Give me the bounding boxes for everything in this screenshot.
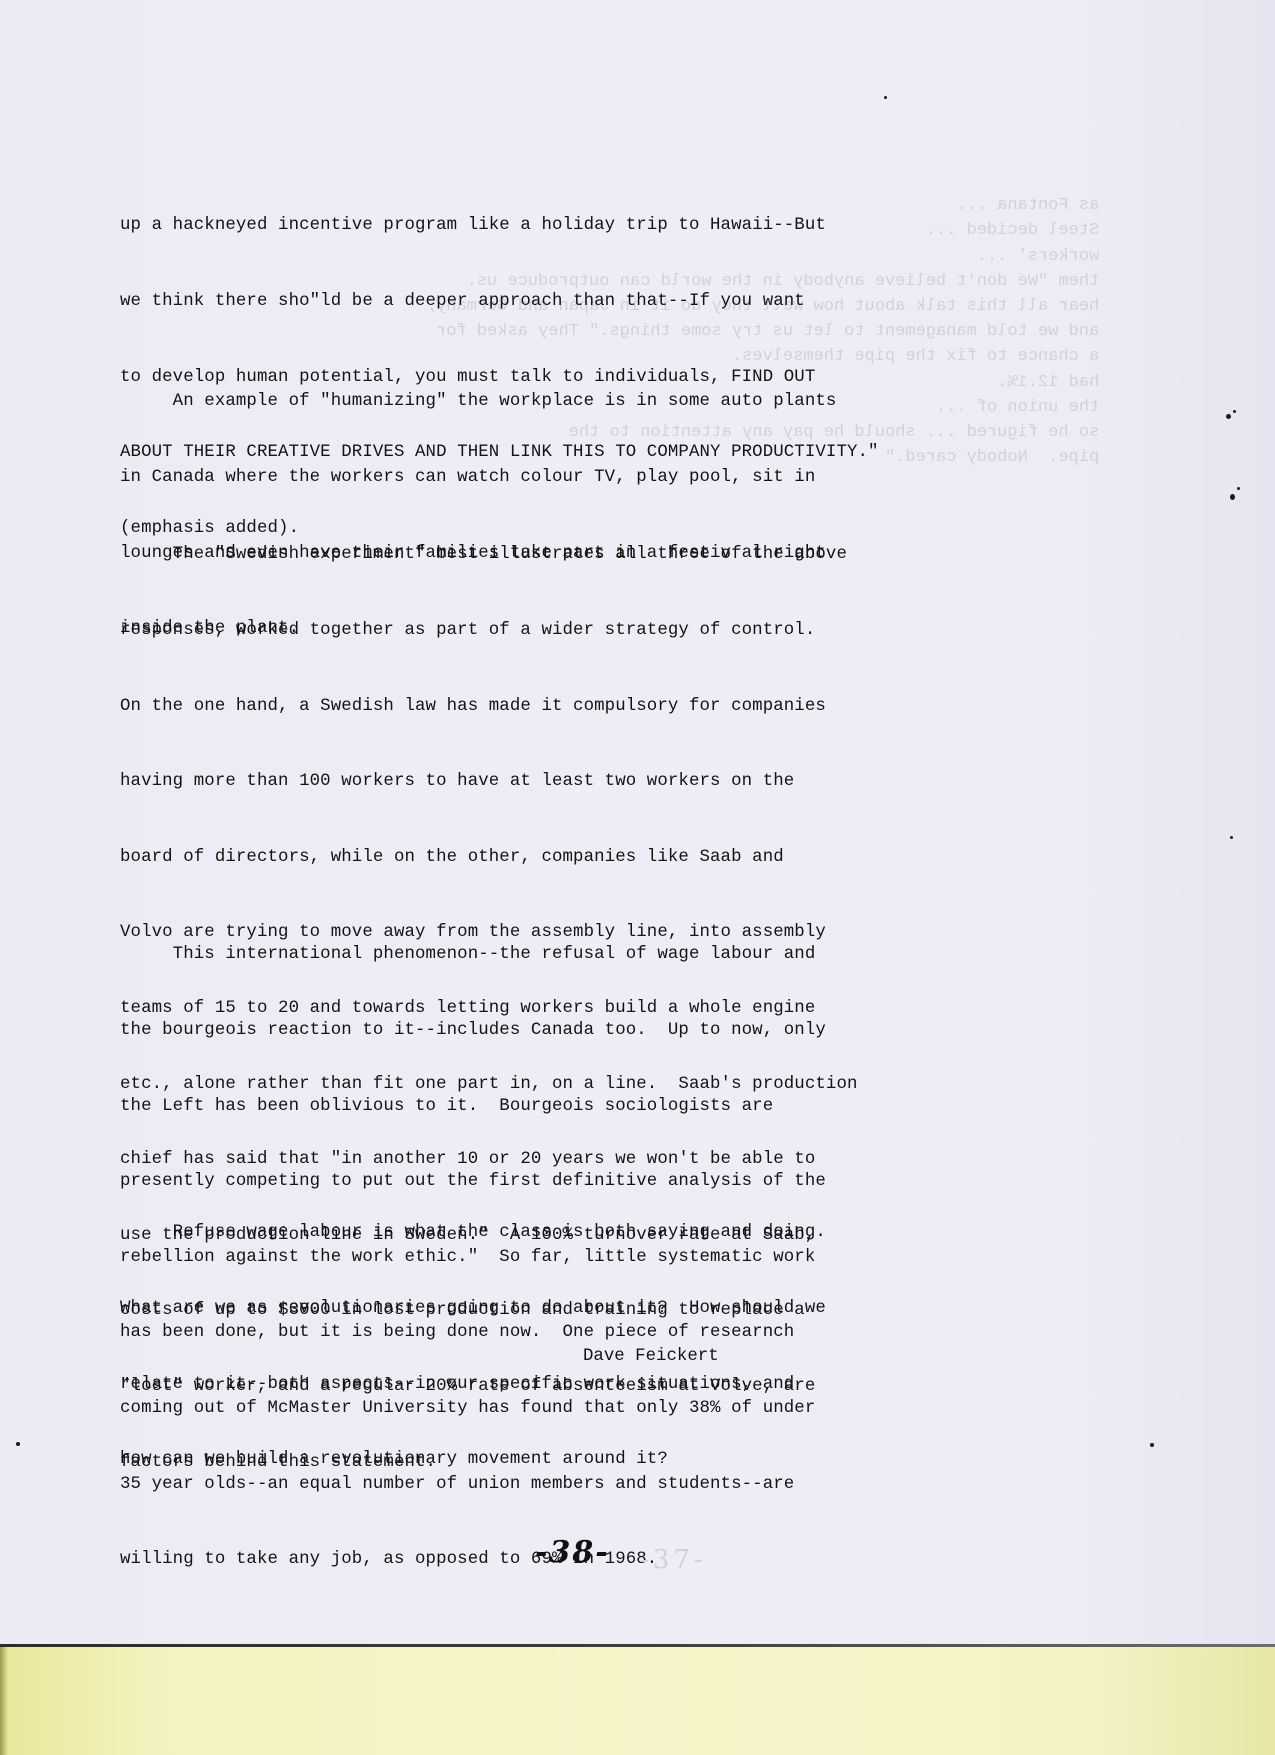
- text-line: relate to it--both aspects--in our speci…: [120, 1372, 1020, 1397]
- text-line: What are we as revolutionaries going to …: [120, 1296, 1020, 1321]
- backing-paper-strip: [0, 1647, 1275, 1755]
- text-line: This international phenomenon--the refus…: [120, 942, 1020, 967]
- paragraph-refuse-wage-labour: Refuse wage labour is what the class is …: [120, 1170, 1020, 1523]
- scan-speck: [16, 1442, 20, 1446]
- scan-speck: [1226, 414, 1231, 419]
- page-number: -38-: [535, 1535, 610, 1570]
- text-line: the bourgeois reaction to it--includes C…: [120, 1018, 1020, 1043]
- text-line: An example of "humanizing" the workplace…: [120, 389, 1020, 414]
- text-line: The "Swedish experiment" best illustrate…: [120, 542, 1020, 567]
- scan-speck: [1237, 487, 1240, 490]
- text-line: responses, worked together as part of a …: [120, 618, 1020, 643]
- text-line: the Left has been oblivious to it. Bourg…: [120, 1094, 1020, 1119]
- scan-speck: [1230, 836, 1233, 839]
- scan-speck: [1150, 1443, 1154, 1447]
- scan-speck: [1230, 494, 1235, 500]
- scan-speck: [884, 96, 887, 99]
- scan-speck: [1233, 410, 1236, 413]
- ghost-page-number: -37-: [640, 1545, 707, 1575]
- text-line: Refuse wage labour is what the class is …: [120, 1220, 1020, 1245]
- text-line: up a hackneyed incentive program like a …: [120, 213, 1020, 238]
- strip-shadow: [0, 1647, 8, 1755]
- text-line: in Canada where the workers can watch co…: [120, 465, 1020, 490]
- text-line: On the one hand, a Swedish law has made …: [120, 694, 1020, 719]
- author-signature: Dave Feickert: [583, 1344, 719, 1369]
- text-line: we think there sho"ld be a deeper approa…: [120, 289, 1020, 314]
- text-line: how can we build a revolutionary movemen…: [120, 1447, 1020, 1472]
- text-line: having more than 100 workers to have at …: [120, 769, 1020, 794]
- scanned-page: as Fontana ... Steel decided ... workers…: [0, 0, 1275, 1644]
- text-line: board of directors, while on the other, …: [120, 845, 1020, 870]
